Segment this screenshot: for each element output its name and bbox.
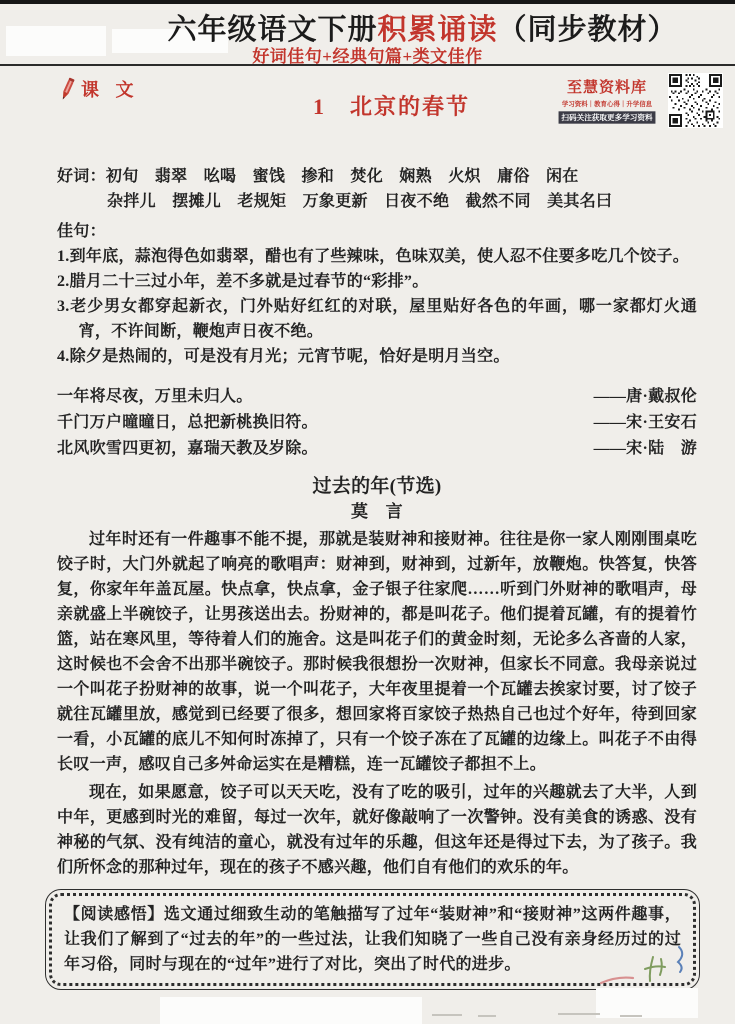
poem-text: 一年将尽夜，万里未归人。 <box>57 384 253 410</box>
poem-text: 北风吹雪四更初，嘉瑞天教及岁除。 <box>57 436 318 462</box>
qr-badge: 扫码关注获取更多学习资料 <box>559 111 656 123</box>
good-sentences-label: 佳句： <box>57 219 697 244</box>
good-sentences-section: 佳句： 1.到年底，蒜泡得色如翡翠，醋也有了些辣味，色味双美，使人忍不住要多吃几… <box>57 219 697 369</box>
poems-section: 一年将尽夜，万里未归人。 ——唐·戴叔伦 千门万户曈曈日，总把新桃换旧符。 ——… <box>57 384 697 462</box>
header-divider <box>0 64 735 66</box>
reading-insight-label: 【阅读感悟】 <box>64 906 164 923</box>
qr-panel: 至慧资料库 学习资料｜教育心得｜升学信息 扫码关注获取更多学习资料 <box>551 71 723 129</box>
poem-row: 一年将尽夜，万里未归人。 ——唐·戴叔伦 <box>57 384 697 410</box>
page-content: 好词：初旬 翡翠 吆喝 蜜饯 掺和 焚化 娴熟 火炽 庸俗 闲在 杂拌儿 摆摊儿… <box>57 164 697 990</box>
essay-paragraph-2: 现在，如果愿意，饺子可以天天吃，没有了吃的吸引，过年的兴趣就去了大半，人到中年，… <box>57 780 697 880</box>
good-words-list1: 初旬 翡翠 吆喝 蜜饯 掺和 焚化 娴熟 火炽 庸俗 闲在 <box>106 168 579 185</box>
sentence-item: 1.到年底，蒜泡得色如翡翠，醋也有了些辣味，色味双美，使人忍不住要多吃几个饺子。 <box>57 244 697 269</box>
poem-author: ——宋·王安石 <box>594 410 697 436</box>
qr-code-icon <box>668 73 723 128</box>
qr-brand: 至慧资料库 <box>567 76 647 97</box>
scan-top-edge <box>0 0 735 4</box>
reading-insight-box: 【阅读感悟】选文通过细致生动的笔触描写了过年“装财神”和“接财神”这两件趣事，让… <box>45 889 700 990</box>
essay-author: 莫 言 <box>57 500 697 524</box>
reading-insight-inner: 【阅读感悟】选文通过细致生动的笔触描写了过年“装财神”和“接财神”这两件趣事，让… <box>49 893 696 986</box>
good-words-line1: 好词：初旬 翡翠 吆喝 蜜饯 掺和 焚化 娴熟 火炽 庸俗 闲在 <box>57 164 697 189</box>
good-words-list2: 杂拌儿 摆摊儿 老规矩 万象更新 日夜不绝 截然不同 美其名曰 <box>57 189 697 214</box>
essay-section: 过去的年(节选) 莫 言 过年时还有一件趣事不能不提，那就是装财神和接财神。往往… <box>57 474 697 880</box>
cutoff-text-artifact <box>478 1015 496 1017</box>
whiteout-patch <box>596 988 698 1018</box>
sentence-item: 4.除夕是热闹的，可是没有月光；元宵节呢，恰好是明月当空。 <box>57 344 697 369</box>
essay-paragraph-1: 过年时还有一件趣事不能不提，那就是装财神和接财神。往往是你一家人刚刚围桌吃饺子时… <box>57 527 697 777</box>
good-words-label: 好词： <box>57 168 106 185</box>
good-words-section: 好词：初旬 翡翠 吆喝 蜜饯 掺和 焚化 娴熟 火炽 庸俗 闲在 杂拌儿 摆摊儿… <box>57 164 697 214</box>
poem-row: 北风吹雪四更初，嘉瑞天教及岁除。 ——宋·陆 游 <box>57 436 697 462</box>
sentence-item: 3.老少男女都穿起新衣，门外贴好红红的对联，屋里贴好各色的年画，哪一家都灯火通宵… <box>57 294 697 344</box>
whiteout-patch <box>160 997 422 1024</box>
qr-panel-texts: 至慧资料库 学习资料｜教育心得｜升学信息 扫码关注获取更多学习资料 <box>551 76 663 124</box>
qr-tagline: 学习资料｜教育心得｜升学信息 <box>562 99 652 108</box>
poem-row: 千门万户曈曈日，总把新桃换旧符。 ——宋·王安石 <box>57 410 697 436</box>
essay-title: 过去的年(节选) <box>57 474 697 499</box>
poem-author: ——宋·陆 游 <box>594 436 697 462</box>
poem-text: 千门万户曈曈日，总把新桃换旧符。 <box>57 410 318 436</box>
sentence-item: 2.腊月二十三过小年，差不多就是过春节的“彩排”。 <box>57 269 697 294</box>
cutoff-text-artifact <box>558 1013 600 1015</box>
cutoff-text-artifact <box>432 1014 462 1016</box>
workbook-page: 六年级语文下册积累诵读（同步教材） 好词佳句+经典句篇+类文佳作 课 文 1 北… <box>0 0 735 1024</box>
cutoff-text-artifact <box>620 1015 642 1017</box>
poem-author: ——唐·戴叔伦 <box>594 384 697 410</box>
